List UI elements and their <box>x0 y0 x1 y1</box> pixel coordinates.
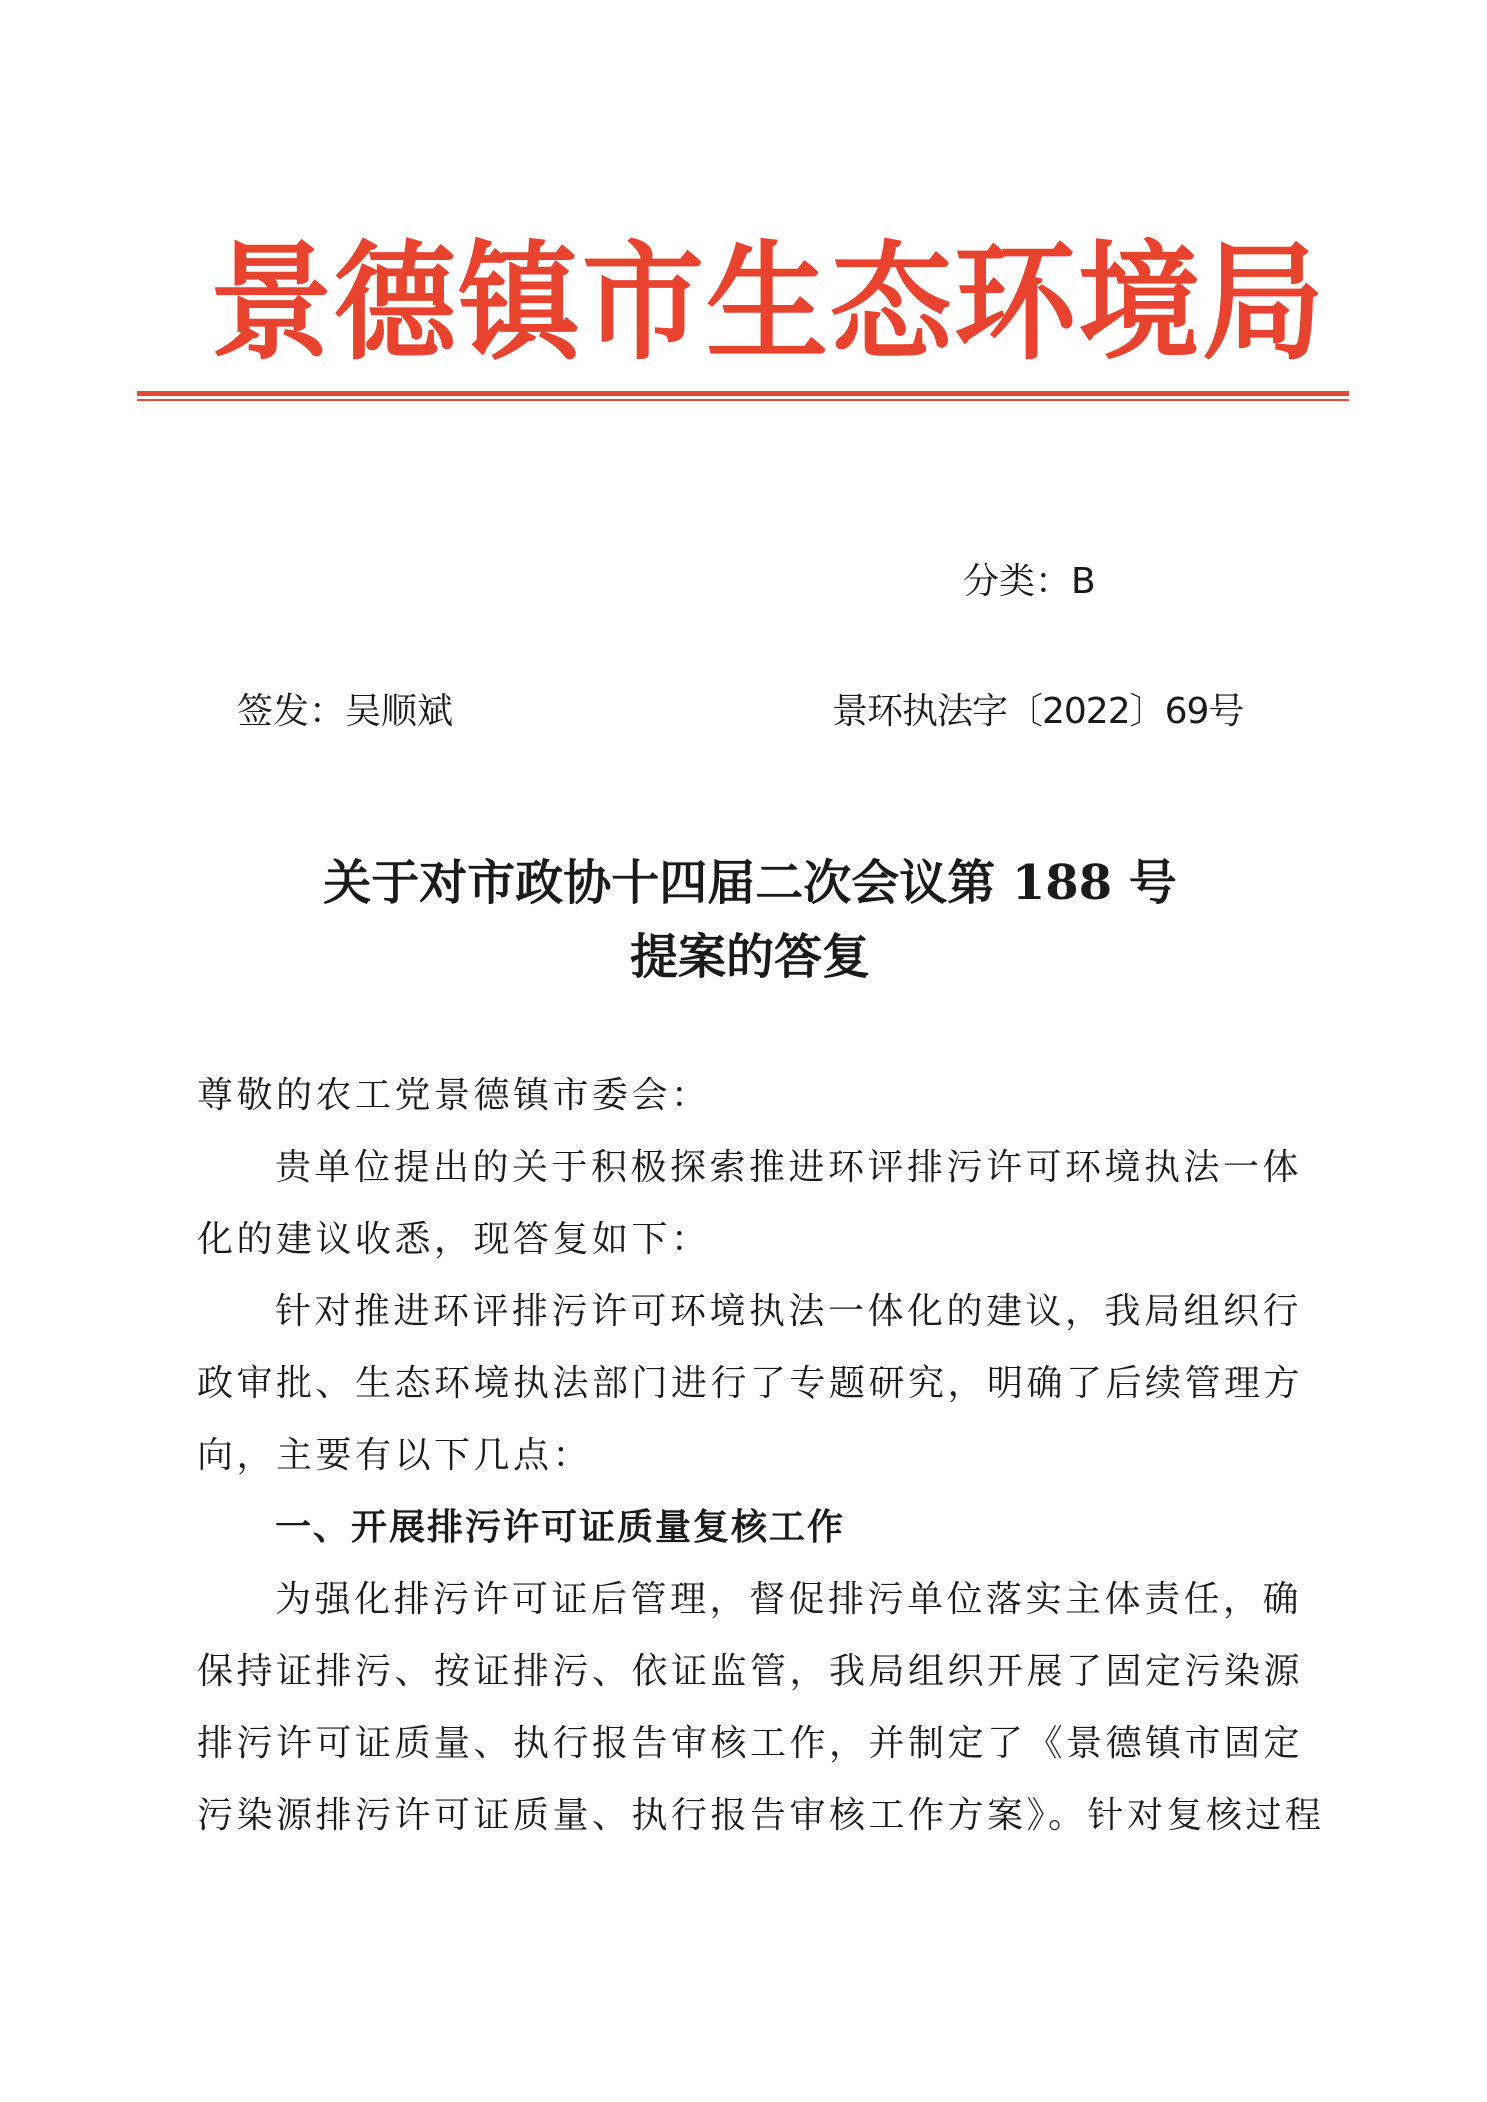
document-number: 景环执法字〔2022〕69号 <box>832 688 1243 736</box>
body-line: 保持证排污、按证排污、依证监管，我局组织开展了固定污染源 <box>197 1636 1297 1708</box>
signer-label: 签发：吴顺斌 <box>237 688 453 736</box>
salutation: 尊敬的农工党景德镇市委会： <box>197 1060 1297 1132</box>
masthead-rule-thick <box>137 391 1349 396</box>
body-line: 政审批、生态环境执法部门进行了专题研究，明确了后续管理方 <box>197 1348 1297 1420</box>
body-line: 为强化排污许可证后管理，督促排污单位落实主体责任，确 <box>197 1564 1297 1636</box>
title-line-1: 关于对市政协十四届二次会议第 188 号 <box>200 846 1300 920</box>
masthead-rule-thin <box>137 399 1349 401</box>
title-line-2: 提案的答复 <box>200 920 1300 994</box>
body-line: 贵单位提出的关于积极探索推进环评排污许可环境执法一体 <box>197 1132 1297 1204</box>
body-line: 化的建议收悉，现答复如下： <box>197 1204 1297 1276</box>
document-title: 关于对市政协十四届二次会议第 188 号 提案的答复 <box>200 846 1300 994</box>
document-body: 尊敬的农工党景德镇市委会： 贵单位提出的关于积极探索推进环评排污许可环境执法一体… <box>197 1060 1297 1852</box>
body-line: 针对推进环评排污许可环境执法一体化的建议，我局组织行 <box>197 1276 1297 1348</box>
body-line: 向，主要有以下几点： <box>197 1420 1297 1492</box>
section-heading: 一、开展排污许可证质量复核工作 <box>197 1492 1297 1564</box>
body-line: 污染源排污许可证质量、执行报告审核工作方案》。针对复核过程 <box>197 1780 1297 1852</box>
classification-label: 分类：B <box>963 558 1096 606</box>
agency-masthead: 景德镇市生态环境局 <box>210 218 1300 386</box>
body-line: 排污许可证质量、执行报告审核工作，并制定了《景德镇市固定 <box>197 1708 1297 1780</box>
